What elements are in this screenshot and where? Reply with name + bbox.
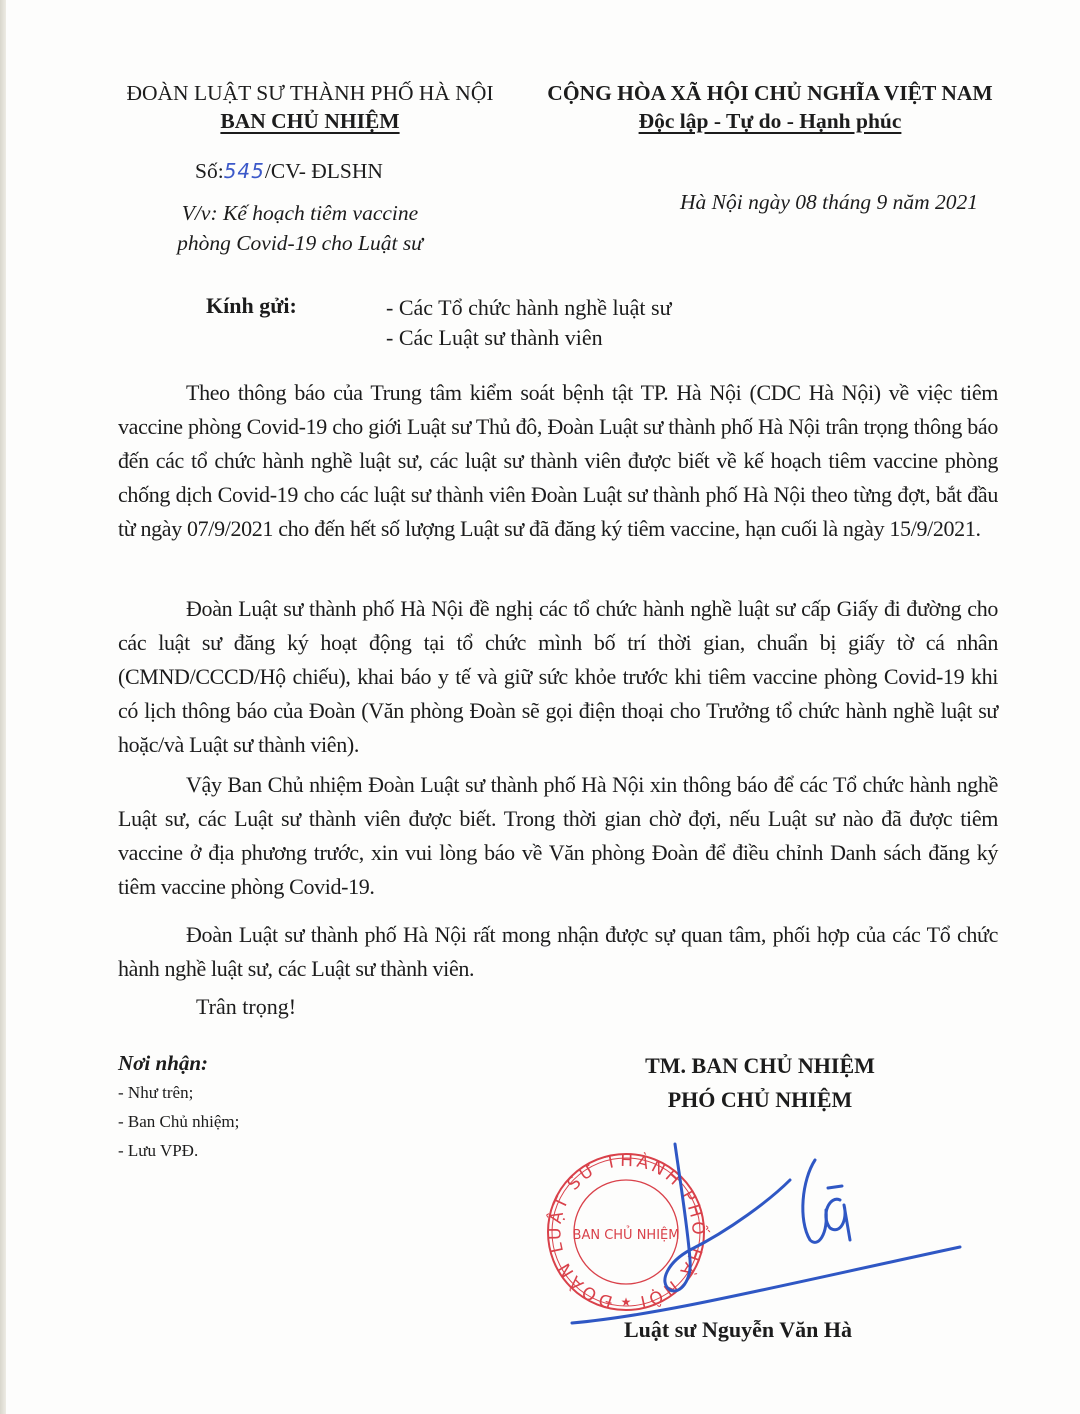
- header-left: ĐOÀN LUẬT SƯ THÀNH PHỐ HÀ NỘI BAN CHỦ NH…: [100, 78, 520, 136]
- recipient-item: - Lưu VPĐ.: [118, 1136, 239, 1165]
- addressee-item: - Các Luật sư thành viên: [386, 323, 672, 353]
- closing-greeting: Trân trọng!: [196, 994, 296, 1020]
- motto: Độc lập - Tự do - Hạnh phúc: [639, 109, 902, 133]
- signer-name: Luật sư Nguyễn Văn Hà: [624, 1317, 852, 1343]
- header-right: CỘNG HÒA XÃ HỘI CHỦ NGHĨA VIỆT NAM Độc l…: [525, 78, 1015, 136]
- addressee-label: Kính gửi:: [206, 293, 297, 319]
- recipient-item: - Ban Chủ nhiệm;: [118, 1107, 239, 1136]
- on-behalf-title: TM. BAN CHỦ NHIỆM: [560, 1049, 960, 1083]
- recipients-block: Nơi nhận: - Như trên; - Ban Chủ nhiệm; -…: [118, 1048, 239, 1165]
- body-paragraph-2: Đoàn Luật sư thành phố Hà Nội đề nghị cá…: [118, 592, 998, 762]
- svg-text:★: ★: [621, 1295, 632, 1309]
- recipients-label: Nơi nhận:: [118, 1048, 239, 1078]
- document-number: Số:545/CV- ĐLSHN: [195, 159, 383, 184]
- department-name: BAN CHỦ NHIỆM: [220, 109, 399, 133]
- addressee-item: - Các Tổ chức hành nghề luật sư: [386, 293, 672, 323]
- body-paragraph-4: Đoàn Luật sư thành phố Hà Nội rất mong n…: [118, 918, 998, 986]
- signer-position: PHÓ CHỦ NHIỆM: [560, 1083, 960, 1117]
- nation-title: CỘNG HÒA XÃ HỘI CHỦ NGHĨA VIỆT NAM: [525, 78, 1015, 108]
- organization-name: ĐOÀN LUẬT SƯ THÀNH PHỐ HÀ NỘI: [100, 78, 520, 108]
- scan-edge: [0, 0, 6, 1414]
- body-paragraph-1: Theo thông báo của Trung tâm kiểm soát b…: [118, 376, 998, 546]
- recipient-item: - Như trên;: [118, 1078, 239, 1107]
- stamp-and-signature: ĐOÀN LUẬT SƯ THÀNH PHỐ HÀ NỘI BAN CHỦ NH…: [540, 1130, 980, 1330]
- body-paragraph-3: Vậy Ban Chủ nhiệm Đoàn Luật sư thành phố…: [118, 768, 998, 904]
- document-subject: V/v: Kế hoạch tiêm vaccine phòng Covid-1…: [130, 198, 470, 258]
- signature-titles: TM. BAN CHỦ NHIỆM PHÓ CHỦ NHIỆM: [560, 1049, 960, 1117]
- date-place: Hà Nội ngày 08 tháng 9 năm 2021: [680, 190, 978, 215]
- handwritten-number: 545: [224, 159, 265, 183]
- addressee-list: - Các Tổ chức hành nghề luật sư - Các Lu…: [386, 293, 672, 353]
- svg-text:BAN CHỦ NHIỆM: BAN CHỦ NHIỆM: [573, 1226, 680, 1243]
